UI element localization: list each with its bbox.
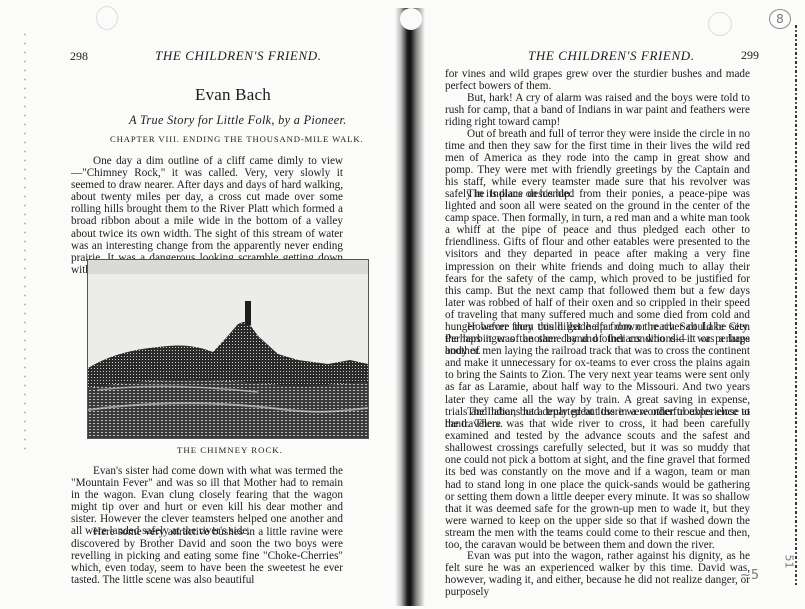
margin-pencil-mark: ~5 <box>740 568 759 583</box>
figure-caption: THE CHIMNEY ROCK. <box>177 445 283 455</box>
chimney-rock-engraving-icon <box>88 260 368 438</box>
margin-pencil-mark: 51 <box>783 555 796 569</box>
paragraph: Here some very attractive bushes in a li… <box>71 526 343 586</box>
paragraph: But, hark! A cry of alarm was raised and… <box>445 92 750 128</box>
running-head-right: THE CHILDREN'S FRIEND. <box>528 48 695 64</box>
page-number-left: 298 <box>70 49 88 64</box>
page-number-right: 299 <box>741 48 759 63</box>
paragraph: for vines and wild grapes grew over the … <box>445 68 750 92</box>
paragraph: One day a dim outline of a cliff came di… <box>71 155 343 276</box>
paragraph: The Indians had departed but there were … <box>445 406 750 551</box>
chapter-heading: CHAPTER VIII. ENDING THE THOUSAND-MILE W… <box>110 134 364 144</box>
chimney-rock-illustration <box>87 259 369 439</box>
left-page: 298 THE CHILDREN'S FRIEND. Evan Bach A T… <box>0 0 400 609</box>
story-title: Evan Bach <box>195 85 271 105</box>
punch-hole <box>96 6 118 30</box>
page-edge-rule <box>795 25 797 585</box>
paragraph: Evan was put into the wagon, rather agai… <box>445 550 750 598</box>
punch-hole <box>400 8 422 30</box>
circled-page-annotation: 8 <box>769 9 791 29</box>
scan-specks <box>24 30 26 450</box>
right-page: 8 THE CHILDREN'S FRIEND. 299 for vines a… <box>420 0 805 609</box>
story-subtitle: A True Story for Little Folk, by a Pione… <box>129 113 347 128</box>
running-head-left: THE CHILDREN'S FRIEND. <box>155 48 322 64</box>
punch-hole <box>708 12 732 36</box>
